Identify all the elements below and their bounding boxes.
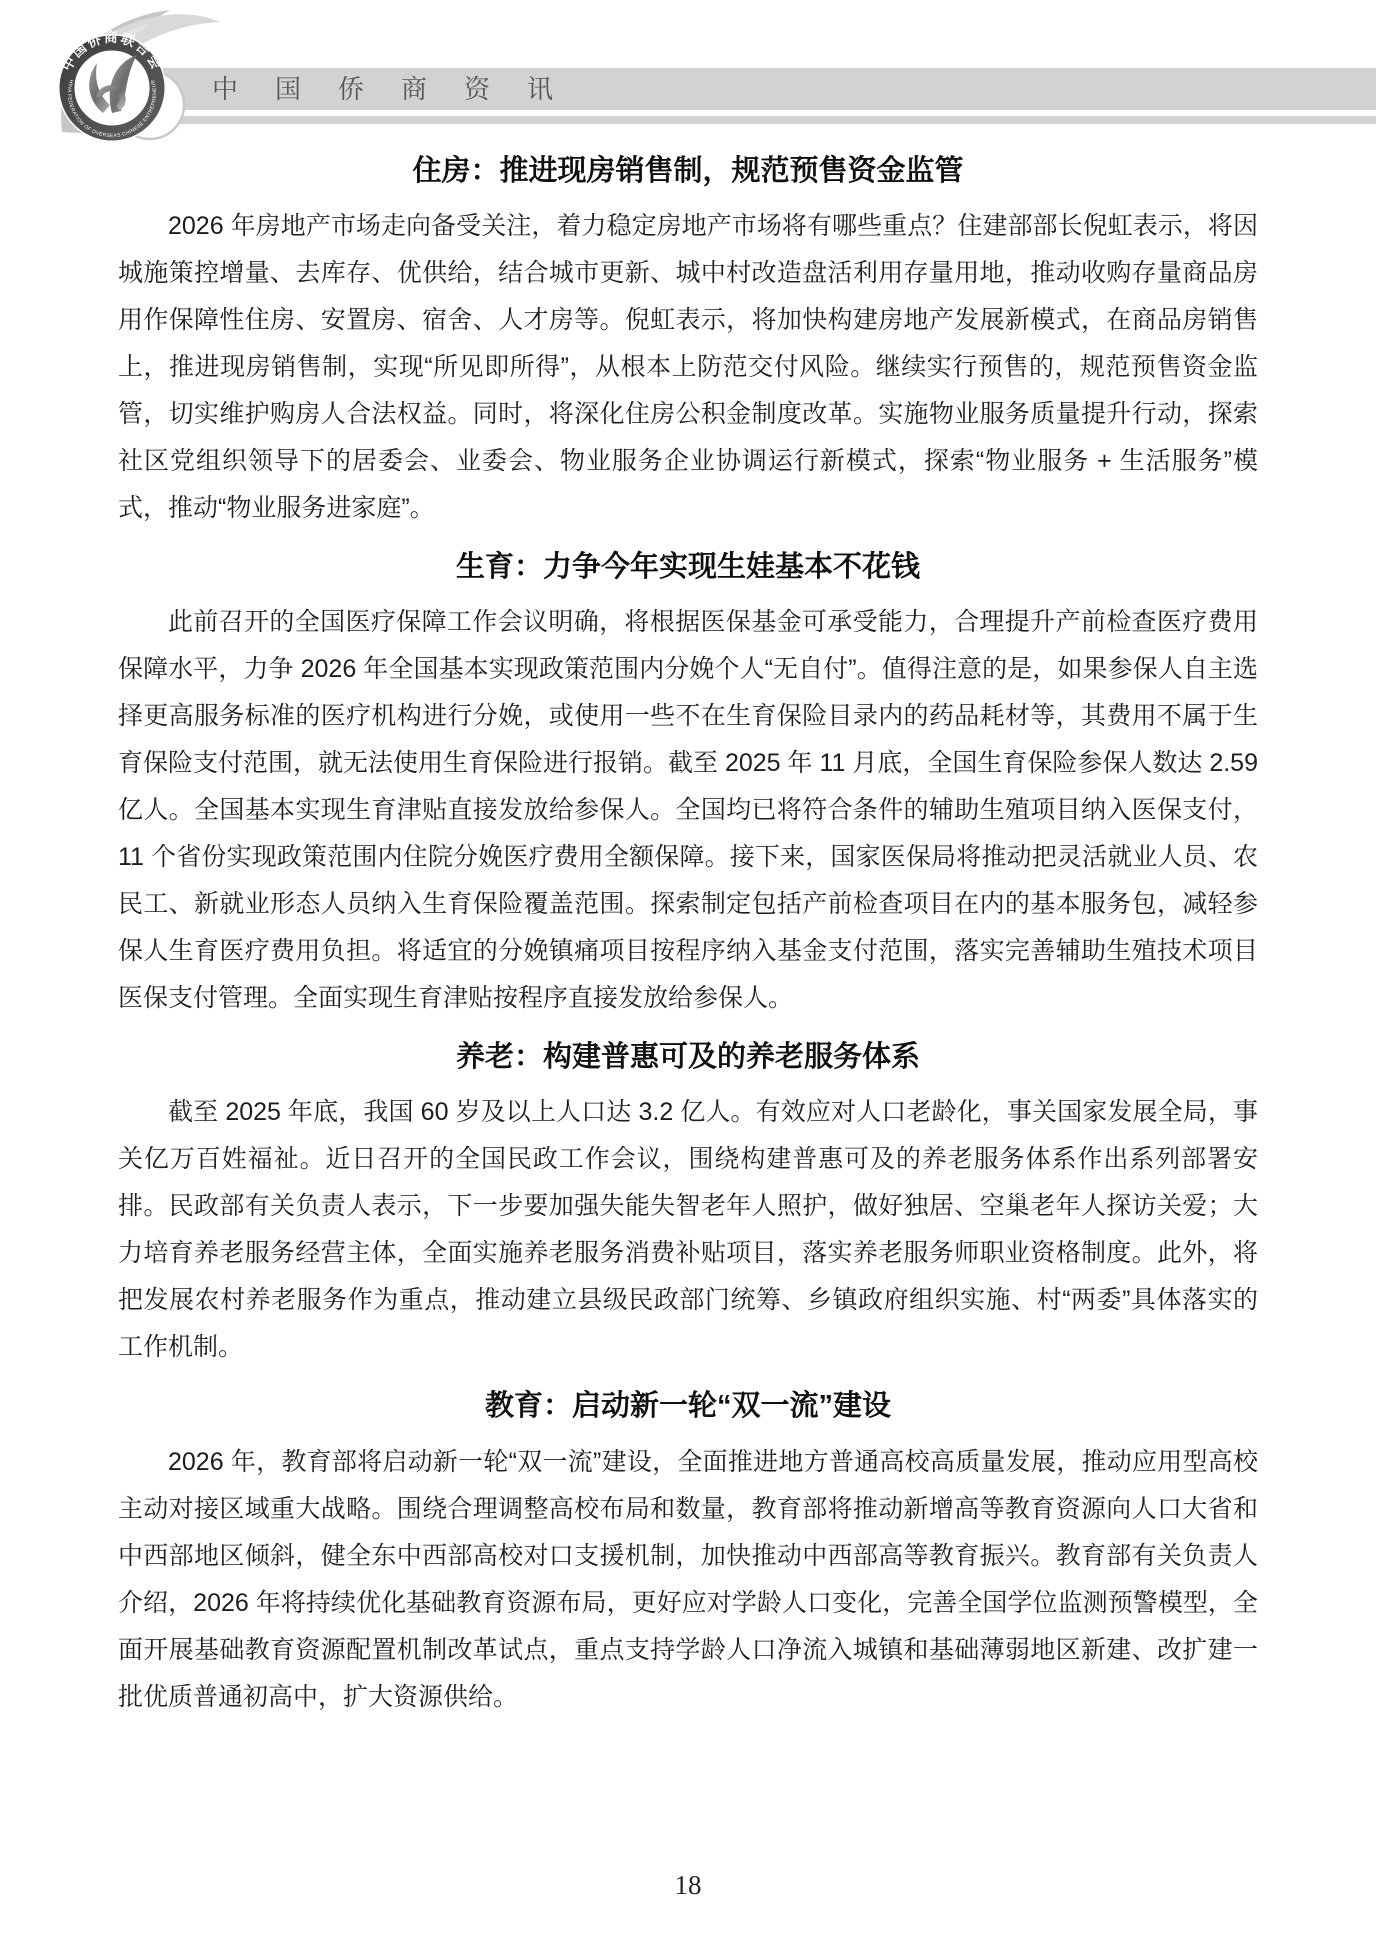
section-childbirth: 生育：力争今年实现生娃基本不花钱 此前召开的全国医疗保障工作会议明确，将根据医保… xyxy=(118,548,1258,1022)
cfoce-logo: 中国侨商联合会 CHINA FEDERATION OF OVERSEAS CHI… xyxy=(0,0,230,165)
section-eldercare: 养老：构建普惠可及的养老服务体系 截至 2025 年底，我国 60 岁及以上人口… xyxy=(118,1038,1258,1371)
section-heading-childbirth: 生育：力争今年实现生娃基本不花钱 xyxy=(118,548,1258,587)
document-page: 中国侨商资讯 xyxy=(0,0,1376,1943)
page-footer: 18 xyxy=(0,1870,1376,1901)
section-heading-housing: 住房：推进现房销售制，规范预售资金监管 xyxy=(118,152,1258,191)
section-body-childbirth: 此前召开的全国医疗保障工作会议明确，将根据医保基金可承受能力，合理提升产前检查医… xyxy=(118,599,1258,1022)
section-body-eldercare: 截至 2025 年底，我国 60 岁及以上人口达 3.2 亿人。有效应对人口老龄… xyxy=(118,1089,1258,1371)
section-body-housing: 2026 年房地产市场走向备受关注，着力稳定房地产市场将有哪些重点？住建部部长倪… xyxy=(118,203,1258,532)
article-content: 住房：推进现房销售制，规范预售资金监管 2026 年房地产市场走向备受关注，着力… xyxy=(0,152,1376,1721)
section-body-education: 2026 年，教育部将启动新一轮“双一流”建设，全面推进地方普通高校高质量发展，… xyxy=(118,1439,1258,1721)
section-heading-education: 教育：启动新一轮“双一流”建设 xyxy=(118,1387,1258,1426)
header-banner-title: 中国侨商资讯 xyxy=(212,68,590,110)
section-education: 教育：启动新一轮“双一流”建设 2026 年，教育部将启动新一轮“双一流”建设，… xyxy=(118,1387,1258,1720)
page-header: 中国侨商资讯 xyxy=(0,0,1376,150)
section-heading-eldercare: 养老：构建普惠可及的养老服务体系 xyxy=(118,1038,1258,1077)
page-number: 18 xyxy=(0,1870,1376,1901)
header-rule xyxy=(168,116,1376,124)
section-housing: 住房：推进现房销售制，规范预售资金监管 2026 年房地产市场走向备受关注，着力… xyxy=(118,152,1258,532)
